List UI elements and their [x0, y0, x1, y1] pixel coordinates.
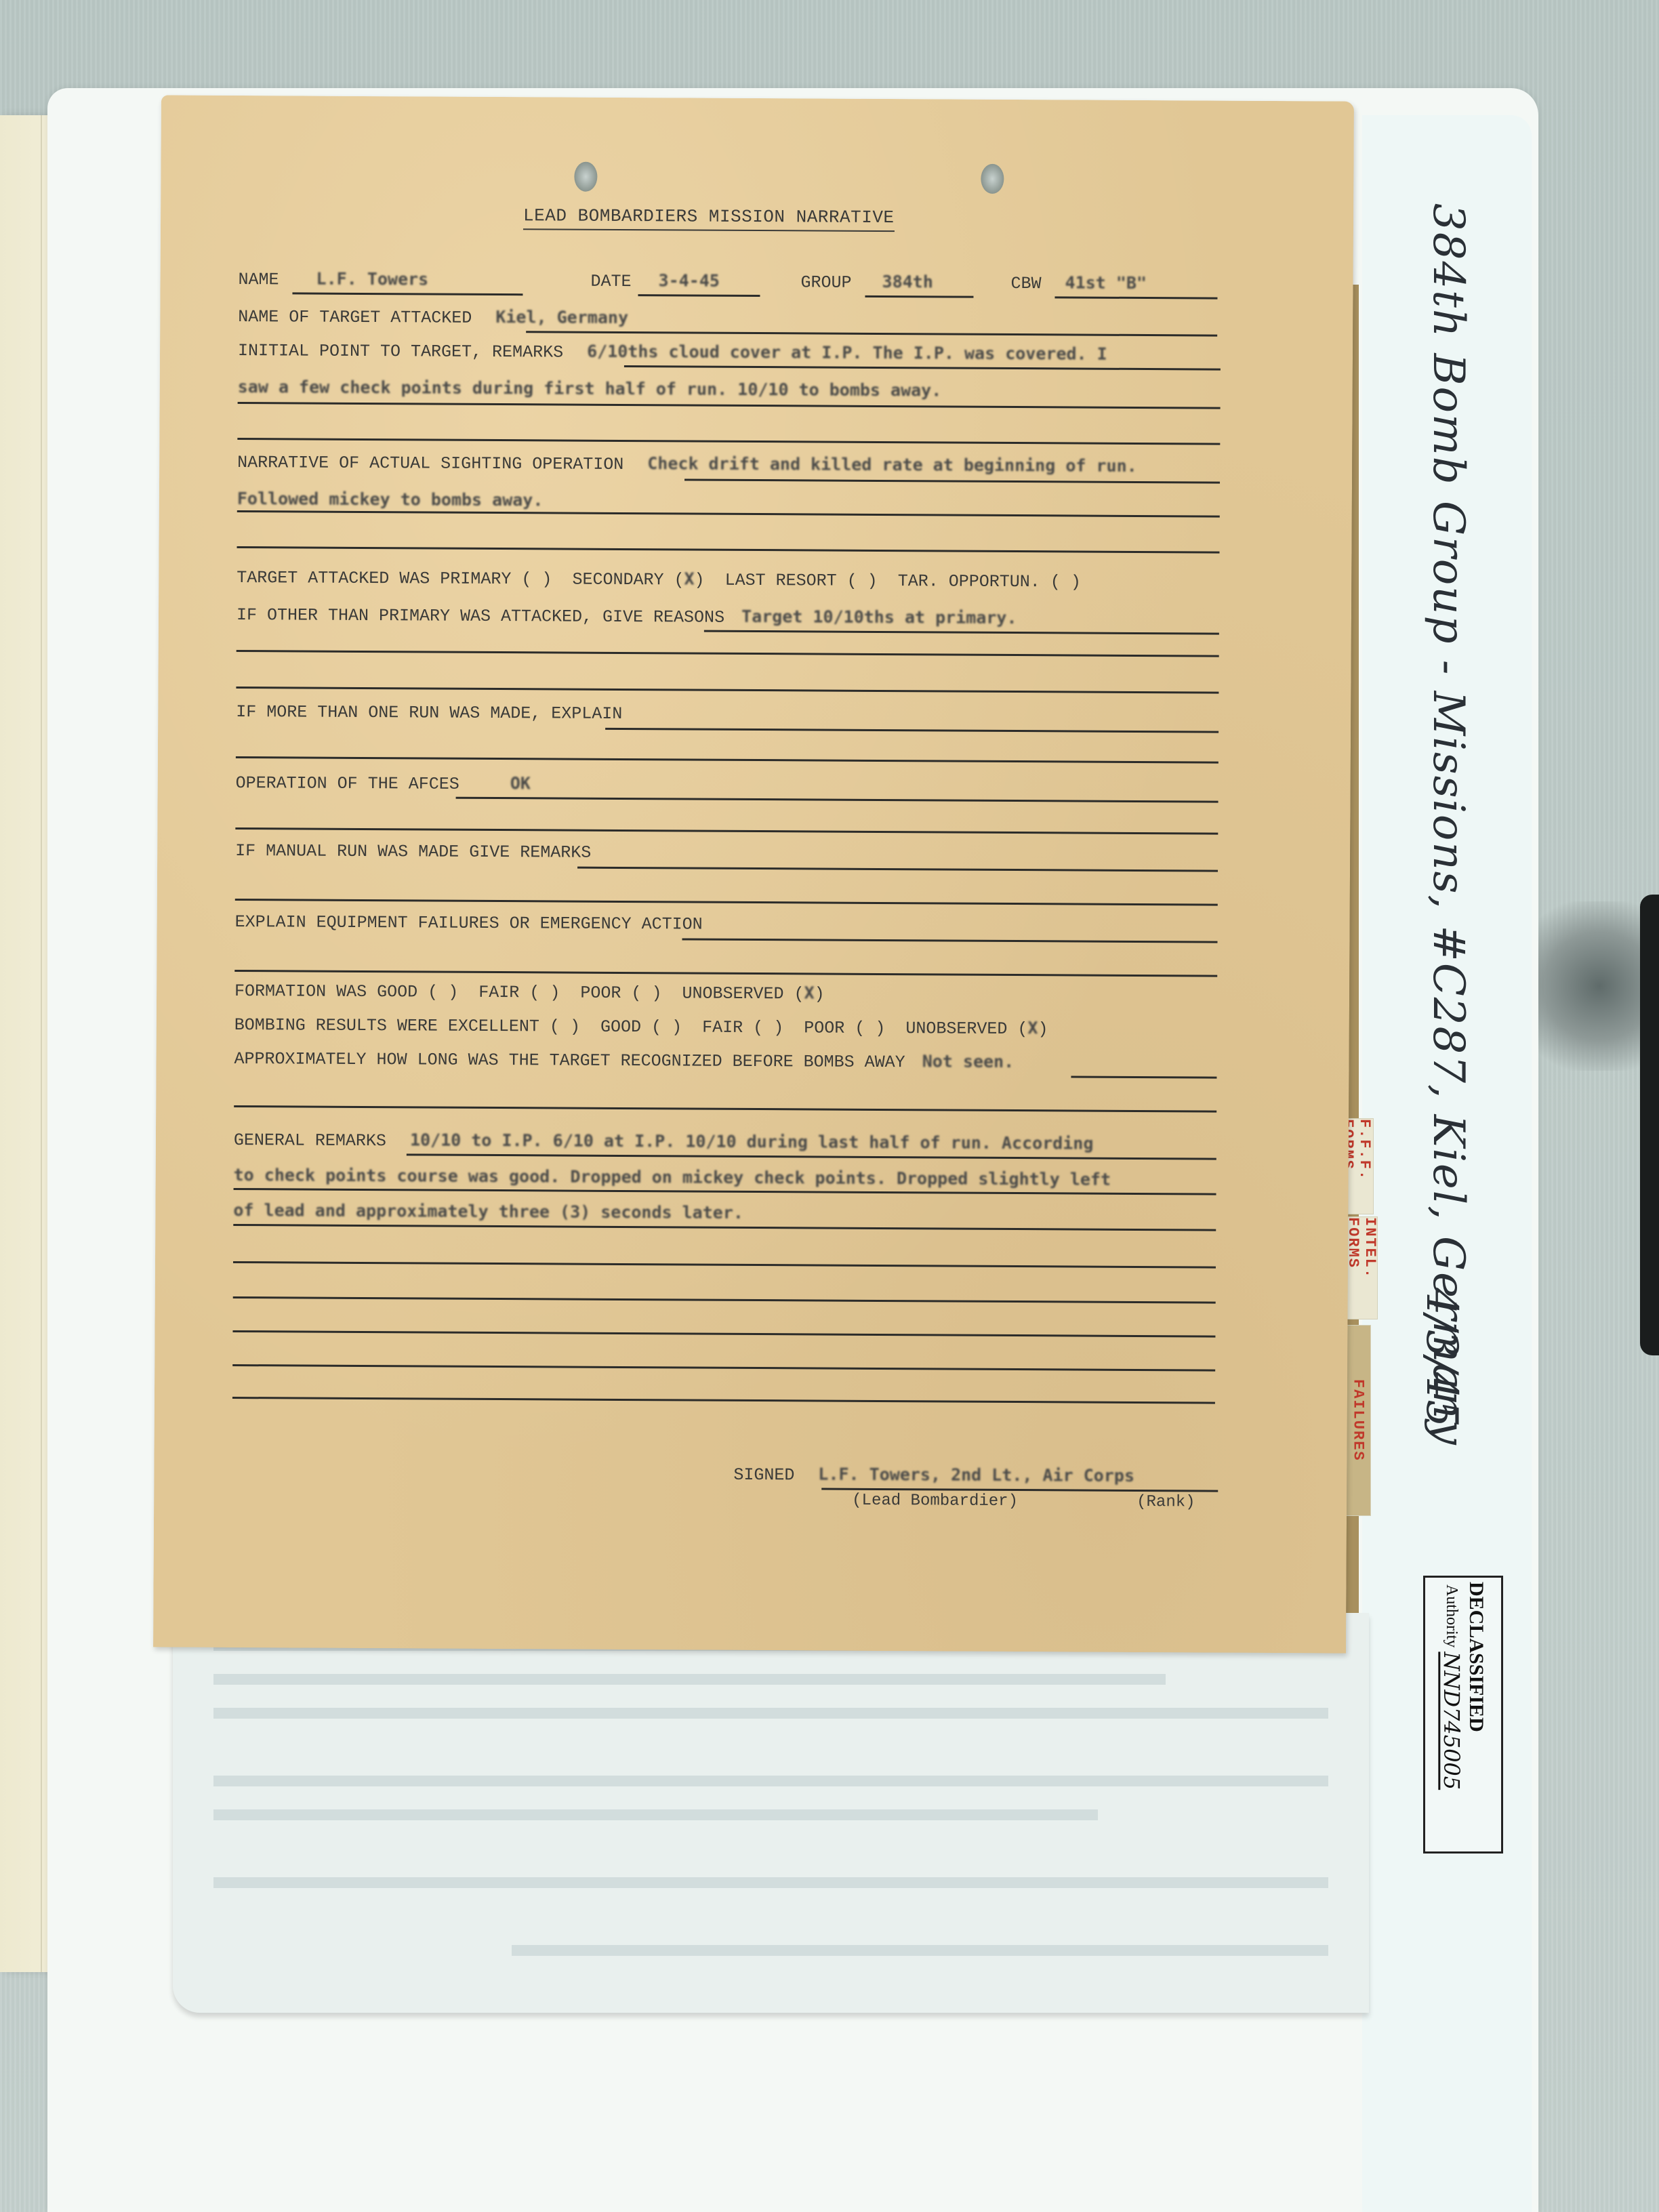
- date-label: DATE: [591, 272, 632, 291]
- folder-handwritten-date: 4/3/45: [1416, 1288, 1467, 1427]
- signed-value: L.F. Towers, 2nd Lt., Air Corps: [818, 1465, 1134, 1486]
- target-attacked-row: TARGET ATTACKED WAS PRIMARY ( ) SECONDAR…: [237, 567, 1081, 592]
- signed-caption-role: (Lead Bombardier): [852, 1492, 1018, 1511]
- mission-narrative-form: LEAD BOMBARDIERS MISSION NARRATIVE NAME …: [153, 95, 1354, 1653]
- narrative-value-line2: Followed mickey to bombs away.: [237, 489, 544, 510]
- afce-value: OK: [510, 773, 531, 793]
- other-than-primary-value: Target 10/10ths at primary.: [741, 607, 1017, 628]
- option-target-opportunity[interactable]: TAR. OPPORTUN. ( ): [898, 571, 1081, 592]
- signed-label: SIGNED: [733, 1465, 794, 1485]
- target-value: Kiel, Germany: [495, 307, 628, 327]
- recognized-value: Not seen.: [922, 1051, 1015, 1071]
- recognized-label: APPROXIMATELY HOW LONG WAS THE TARGET RE…: [234, 1049, 905, 1072]
- option-last-resort[interactable]: LAST RESORT ( ): [725, 571, 878, 591]
- name-value: L.F. Towers: [316, 269, 429, 289]
- ip-value-line2: saw a few check points during first half…: [238, 377, 942, 400]
- narrative-value-line1: Check drift and killed rate at beginning…: [647, 453, 1137, 476]
- manual-run-label: IF MANUAL RUN WAS MADE GIVE REMARKS: [235, 841, 591, 863]
- cbw-value: 41st "B": [1065, 272, 1147, 293]
- narrative-label: NARRATIVE OF ACTUAL SIGHTING OPERATION: [237, 453, 623, 474]
- group-value: 384th: [882, 272, 933, 291]
- equipment-failures-label: EXPLAIN EQUIPMENT FAILURES OR EMERGENCY …: [235, 912, 703, 935]
- other-than-primary-label: IF OTHER THAN PRIMARY WAS ATTACKED, GIVE…: [237, 605, 724, 628]
- more-than-one-run-label: IF MORE THAN ONE RUN WAS MADE, EXPLAIN: [236, 702, 622, 724]
- results-fair[interactable]: FAIR ( ): [702, 1018, 783, 1038]
- signed-caption-rank: (Rank): [1136, 1493, 1195, 1511]
- target-label: NAME OF TARGET ATTACKED: [238, 307, 472, 328]
- ip-label: INITIAL POINT TO TARGET, REMARKS: [238, 341, 563, 363]
- declassified-stamp: DECLASSIFIED Authority NND745005: [1423, 1576, 1503, 1853]
- stamp-authority-code: NND745005: [1439, 1652, 1465, 1790]
- general-remarks-line3: of lead and approximately three (3) seco…: [233, 1200, 743, 1223]
- formation-unobserved[interactable]: UNOBSERVED (X): [682, 983, 824, 1004]
- option-secondary[interactable]: SECONDARY (X): [572, 570, 704, 590]
- form-title: LEAD BOMBARDIERS MISSION NARRATIVE: [523, 205, 895, 232]
- tab-intel-forms[interactable]: INTEL. FORMS: [1345, 1216, 1378, 1319]
- results-unobserved[interactable]: UNOBSERVED (X): [905, 1019, 1048, 1039]
- afce-label: OPERATION OF THE AFCES: [236, 773, 459, 794]
- name-label: NAME: [239, 270, 279, 289]
- carbon-copy-sheet: [173, 1613, 1369, 2013]
- stamp-heading: DECLASSIFIED: [1465, 1582, 1488, 1732]
- formation-poor[interactable]: POOR ( ): [580, 983, 661, 1004]
- folder-handwritten-label: 384th Bomb Group - Missions, #C287, Kiel…: [1423, 203, 1473, 1446]
- results-good[interactable]: GOOD ( ): [600, 1017, 682, 1038]
- formation-good[interactable]: GOOD ( ): [377, 982, 458, 1002]
- device-edge: [1640, 895, 1659, 1355]
- tab-failures[interactable]: FAILURES: [1345, 1325, 1371, 1516]
- results-excellent[interactable]: EXCELLENT ( ): [448, 1017, 580, 1037]
- results-poor[interactable]: POOR ( ): [804, 1018, 885, 1038]
- stamp-authority: Authority NND745005: [1439, 1584, 1465, 1790]
- ip-value-line1: 6/10ths cloud cover at I.P. The I.P. was…: [587, 342, 1107, 364]
- date-value: 3-4-45: [659, 270, 720, 290]
- general-remarks-line2: to check points course was good. Dropped…: [234, 1165, 1111, 1189]
- general-remarks-line1: 10/10 to I.P. 6/10 at I.P. 10/10 during …: [410, 1130, 1094, 1153]
- formation-row: FORMATION WAS GOOD ( ) FAIR ( ) POOR ( )…: [234, 980, 825, 1004]
- cbw-label: CBW: [1010, 274, 1041, 293]
- group-label: GROUP: [800, 272, 851, 292]
- general-remarks-label: GENERAL REMARKS: [234, 1130, 386, 1151]
- punch-hole: [574, 162, 597, 192]
- formation-fair[interactable]: FAIR ( ): [478, 983, 560, 1003]
- bombing-results-row: BOMBING RESULTS WERE EXCELLENT ( ) GOOD …: [234, 1014, 1048, 1039]
- punch-hole: [981, 164, 1004, 194]
- option-primary[interactable]: PRIMARY ( ): [440, 569, 552, 590]
